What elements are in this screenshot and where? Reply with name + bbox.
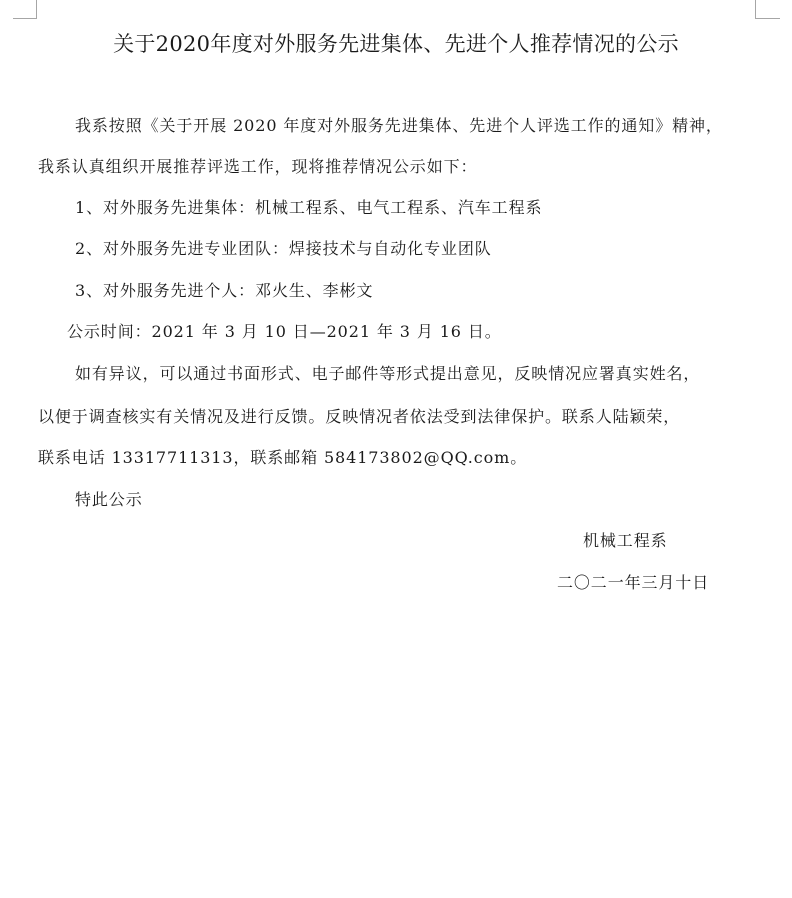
objection-paragraph-line-1: 如有异议，可以通过书面形式、电子邮件等形式提出意见，反映情况应署真实姓名， [75,362,700,386]
signature-date: 二〇二一年三月十日 [557,571,709,595]
list-item-advanced-team: 2、对外服务先进专业团队：焊接技术与自动化专业团队 [75,237,492,261]
publicity-period: 公示时间：2021 年 3 月 10 日—2021 年 3 月 16 日。 [67,320,502,344]
contact-info-line: 联系电话 13317711313，联系邮箱 584173802@QQ.com。 [38,446,527,470]
list-item-advanced-collective: 1、对外服务先进集体：机械工程系、电气工程系、汽车工程系 [75,196,542,220]
page-corner-mark-top-left [13,0,37,19]
list-item-advanced-individual: 3、对外服务先进个人：邓火生、李彬文 [75,279,373,303]
intro-paragraph-line-1: 我系按照《关于开展 2020 年度对外服务先进集体、先进个人评选工作的通知》精神… [75,114,723,138]
document-title: 关于2020年度对外服务先进集体、先进个人推荐情况的公示 [0,27,792,61]
objection-paragraph-line-2: 以便于调查核实有关情况及进行反馈。反映情况者依法受到法律保护。联系人陆颖荣， [38,405,680,429]
page-corner-mark-top-right [755,0,780,19]
signature-department: 机械工程系 [583,529,668,553]
closing-statement: 特此公示 [75,488,143,512]
intro-paragraph-line-2: 我系认真组织开展推荐评选工作，现将推荐情况公示如下： [38,155,477,179]
